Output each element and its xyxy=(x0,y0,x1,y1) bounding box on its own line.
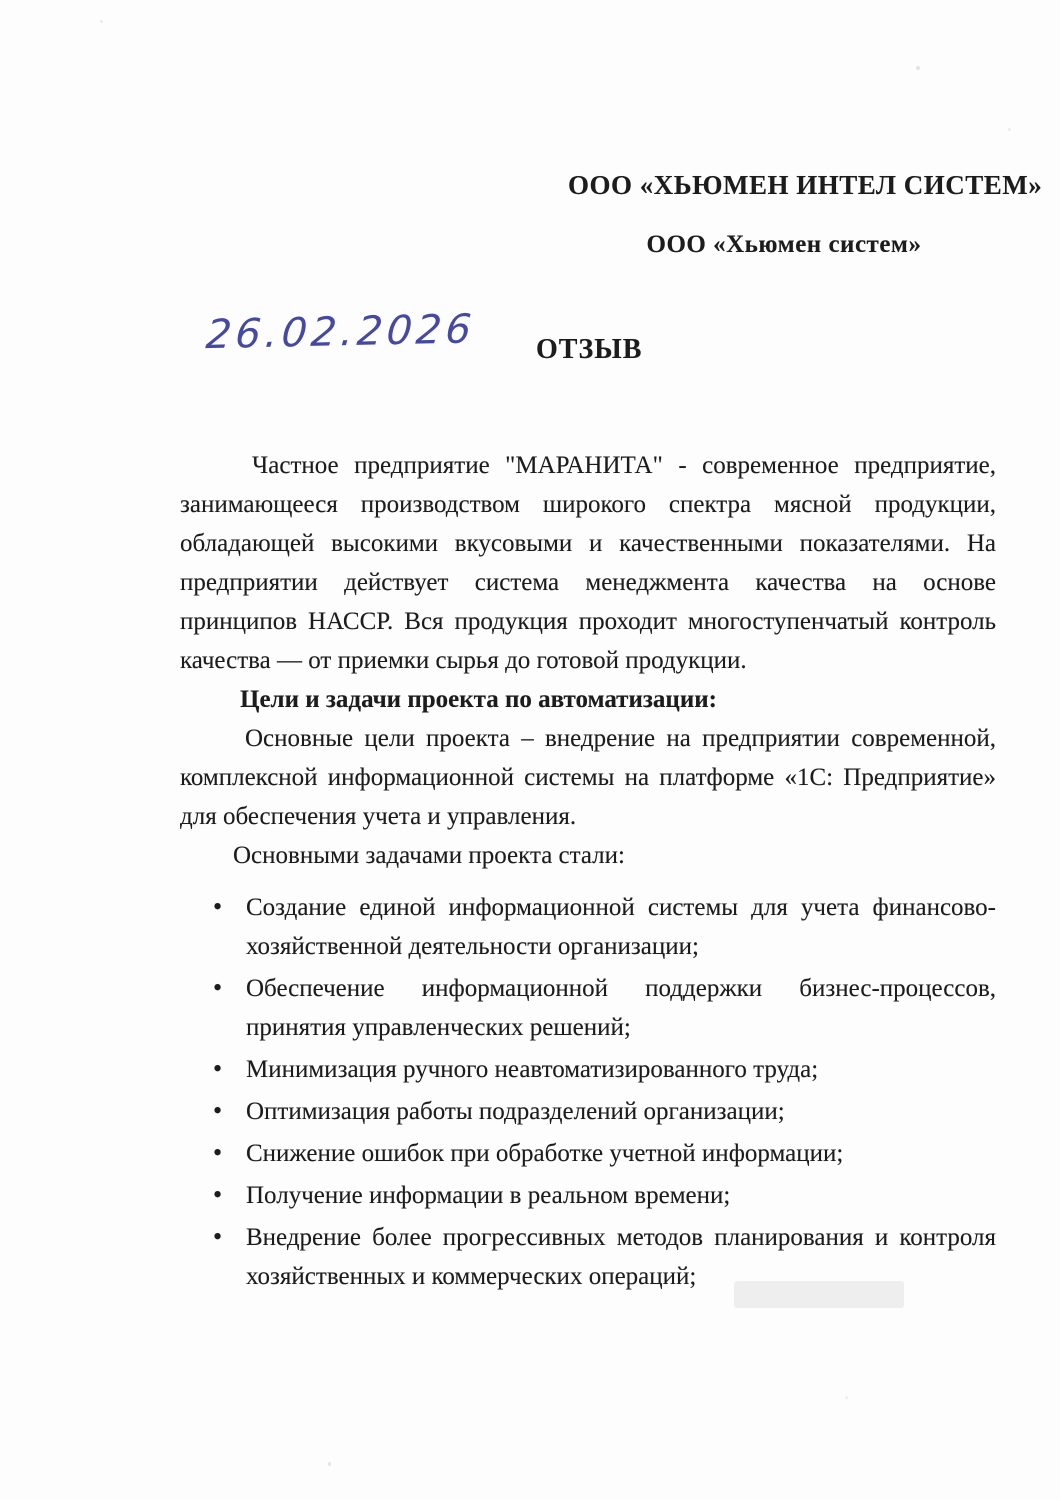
org-name-secondary: ООО «Хьюмен систем» xyxy=(568,231,1000,259)
task-item-text: Минимизация ручного неавтоматизированног… xyxy=(246,1056,818,1083)
tasks-lead: Основными задачами проекта стали: xyxy=(180,836,996,875)
scan-speckle xyxy=(328,1462,331,1466)
bullet-icon: • xyxy=(213,1217,222,1256)
bullet-icon: • xyxy=(213,887,222,926)
goals-paragraph: Основные цели проекта – внедрение на пре… xyxy=(180,719,996,836)
task-item: • Создание единой информационной системы… xyxy=(180,888,996,966)
scan-speckle xyxy=(100,20,103,23)
task-item-text: Снижение ошибок при обработке учетной ин… xyxy=(246,1140,843,1167)
task-item: • Оптимизация работы подразделений орган… xyxy=(180,1092,996,1131)
task-item-text: Обеспечение информационной поддержки биз… xyxy=(246,975,996,1041)
document-title: ОТЗЫВ xyxy=(536,334,642,366)
intro-paragraph: Частное предприятие "МАРАНИТА" - совреме… xyxy=(180,446,996,680)
scan-smudge xyxy=(734,1281,904,1308)
bullet-icon: • xyxy=(213,1133,222,1172)
task-item-text: Получение информации в реальном времени; xyxy=(246,1182,730,1209)
goals-heading: Цели и задачи проекта по автоматизации: xyxy=(180,680,996,719)
bullet-icon: • xyxy=(213,1049,222,1088)
task-item-text: Оптимизация работы подразделений организ… xyxy=(246,1098,785,1125)
handwritten-date: 26.02.2026 xyxy=(204,306,477,358)
org-name-primary: ООО «ХЬЮМЕН ИНТЕЛ СИСТЕМ» xyxy=(568,170,1000,201)
bullet-icon: • xyxy=(213,1091,222,1130)
task-item-text: Создание единой информационной системы д… xyxy=(246,894,996,960)
task-item: • Снижение ошибок при обработке учетной … xyxy=(180,1134,996,1173)
tasks-list: • Создание единой информационной системы… xyxy=(180,888,996,1296)
bullet-icon: • xyxy=(213,968,222,1007)
bullet-icon: • xyxy=(213,1175,222,1214)
scan-speckle xyxy=(916,66,920,70)
document-page: ООО «ХЬЮМЕН ИНТЕЛ СИСТЕМ» ООО «Хьюмен си… xyxy=(0,0,1060,1500)
task-item: • Обеспечение информационной поддержки б… xyxy=(180,969,996,1047)
letterhead: ООО «ХЬЮМЕН ИНТЕЛ СИСТЕМ» ООО «Хьюмен си… xyxy=(568,170,1000,259)
task-item: • Минимизация ручного неавтоматизированн… xyxy=(180,1050,996,1089)
document-body: Частное предприятие "МАРАНИТА" - совреме… xyxy=(180,446,996,1299)
task-item: • Получение информации в реальном времен… xyxy=(180,1176,996,1215)
scan-speckle xyxy=(845,1396,848,1399)
scan-speckle xyxy=(1008,128,1011,131)
